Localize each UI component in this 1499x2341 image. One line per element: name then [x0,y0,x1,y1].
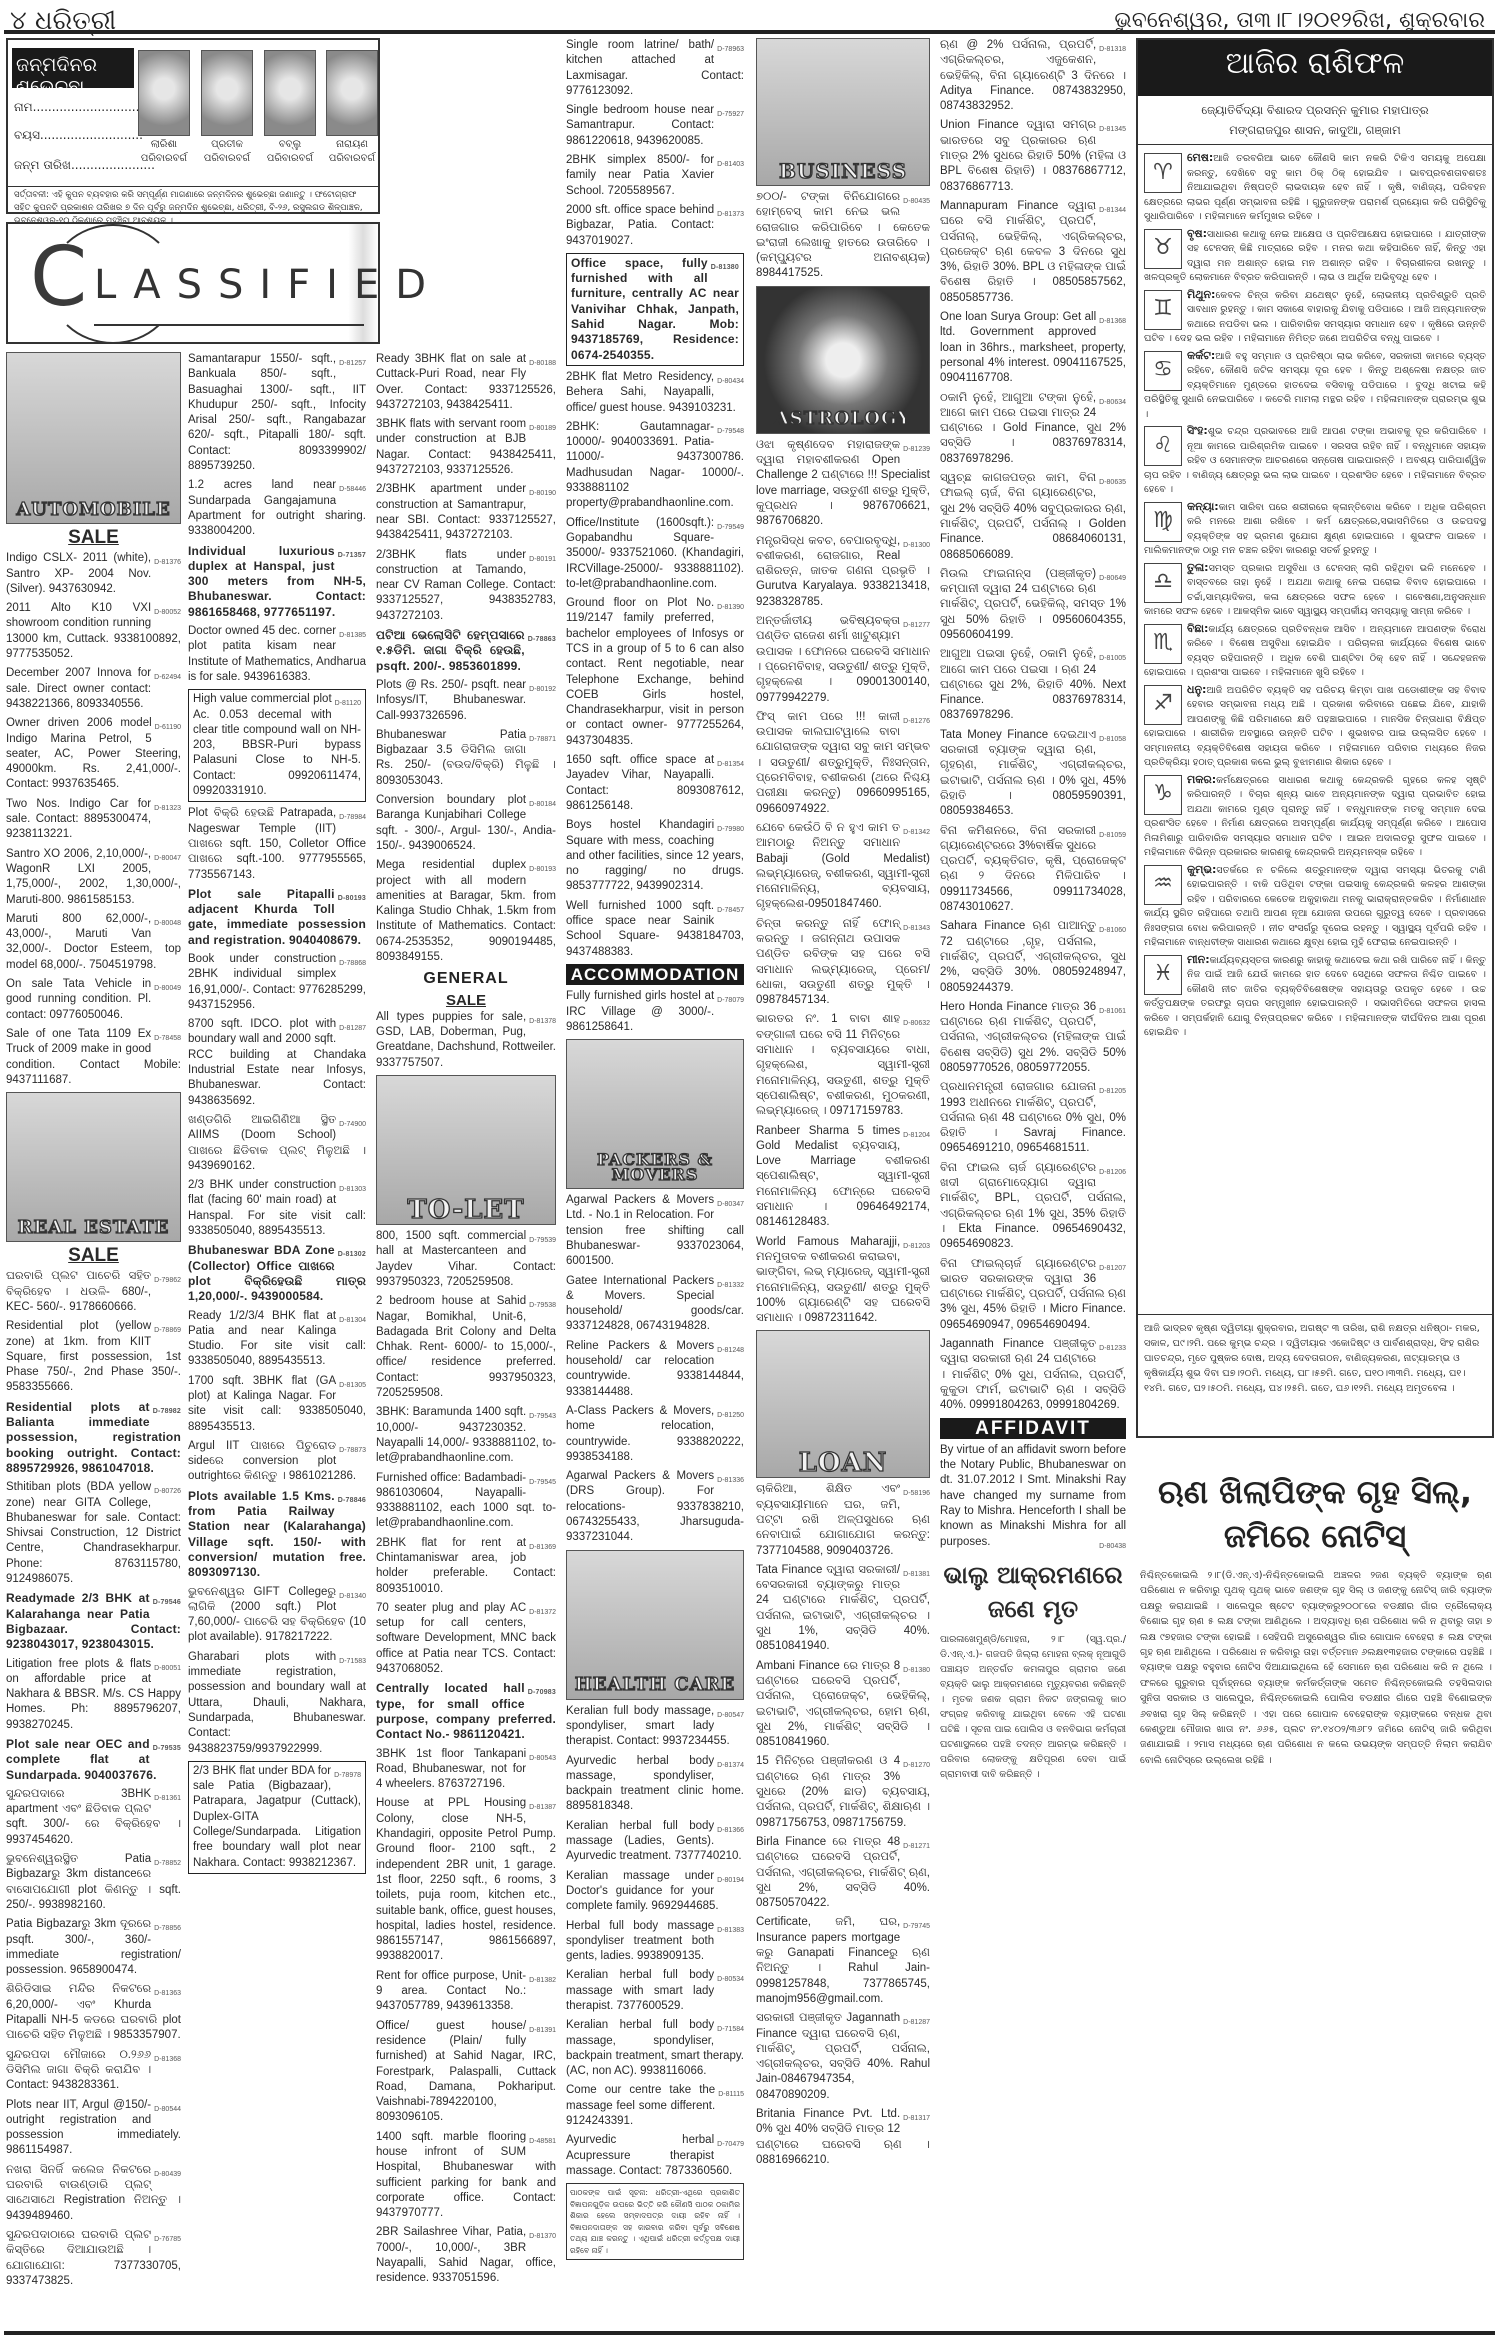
horoscope-sign: ♎ତୁଳା:ସମସ୍ତ ପ୍ରକାର ଅସୁବିଧା ଓ ଟେନସନ୍ ଲାଗି… [1144,561,1486,620]
health-care-label: HEALTH CARE [567,1677,743,1692]
ad-code: D-81277 [903,618,930,633]
bear-news-body: ପାରଳାଖେମୁଣ୍ଡି/ମୋହନା, ୨।୮ (ସ୍ୱ.ପ୍ର./ଡି.ଏନ… [940,1632,1126,1782]
classified-ad: D-80192Plots @ Rs. 250/- psqft. near Inf… [376,678,556,724]
ad-code: D-81391 [529,2023,556,2038]
ad-code: D-78978 [334,1768,361,1783]
packers-label: PACKERS & MOVERS [567,1152,743,1183]
ad-code: D-80534 [717,1972,744,1987]
horoscope-sign: ♌ସିଂହ:ଶୁଭ ଚନ୍ଦ୍ର ପ୍ରଭାବରେ ଆଜି ଆପଣ ଟଙ୍କା … [1144,424,1486,498]
ad-code: D-70983 [528,1685,556,1700]
classified-ad: D-80047Santro XO 2006, 2,10,000/-, Wagon… [6,847,181,908]
ad-code: D-81318 [1099,42,1126,57]
classified-ad: D-81345Union Finance ଦ୍ୱାରା ସମଗ୍ର ଭାରତରେ… [940,118,1126,194]
classified-ad: D-71357Individual luxurious duplex at Ha… [188,544,366,620]
ad-code: D-80049 [154,981,181,996]
ad-code: D-78963 [717,42,744,57]
ad-text: Rent for office purpose, Unit-9 area. Co… [376,1970,526,2013]
ad-text: One loan Surya Group: Get all ltd. Gover… [940,311,1126,384]
ad-text: ବିନା ଫାଇଲ ଚାର୍ଜ ଗ୍ୟାରେଣ୍ଟର ଖଦୀ ଗ୍ରାମୋଦ୍ୟ… [940,1162,1126,1250]
ad-code: D-70479 [717,2137,744,2152]
classified-ad: D-61190Owner driven 2006 model Indigo Ma… [6,716,181,792]
ad-code: D-48581 [529,2134,556,2149]
classified-ad: D-81239ଓଝା କୃଷ୍ଣଦେବ ମହାରାଜଙ୍କ ଦ୍ୱାରା ମହା… [756,438,930,530]
ad-text: ସ୍ୱଚ୍ଛ କାଗଜପତ୍ର କାମ, ବିନା ଫାଇଲ୍ ଚାର୍ଜ, ବ… [940,472,1126,560]
birthday-title: ଜନ୍ମଦିନର ଶୁଭେଚ୍ଛା [12,48,134,88]
classified-banner: C LASSIFIED [6,222,380,344]
classified-ad: D-81374Ayurvedic herbal body massage, sp… [566,1754,744,1815]
banner-underline [94,324,364,326]
sign-name: ମିଥୁନ: [1187,288,1215,301]
ad-text: Indigo CSLX- 2011 (white), Santro XP- 20… [6,552,151,595]
ad-code: D-81302 [338,1247,366,1262]
ad-code: D-81381 [903,1567,930,1582]
ad-text: Keralian herbal full body massage with s… [566,1969,714,2012]
ad-text: 3BHK 1st floor Tankapani Road, Bhubanesw… [376,1748,526,1791]
classified-ad: D-80544Plots near IIT, Argul @150/- outr… [6,2098,181,2159]
classified-ad: D-78863ପଟିଆ ଭେଲୋସିଟି ହେମ୍ପସାରେ ୧.୫ଡିମି. … [376,628,556,674]
sign-name: ଧନୁ: [1187,683,1206,696]
classified-ad: D-81342ଯେବେ କେଉଁଠି ବି ନ ହୁଏ କାମ ତ ଆମଠାରୁ… [756,821,930,913]
ad-code: D-81366 [717,1823,744,1838]
ad-code: D-81205 [1099,1084,1126,1099]
classified-ad: D-79980Boys hostel Khandagiri Square wit… [566,818,744,894]
ad-code: D-80193 [338,891,366,906]
classified-ad: D-81061Hero Honda Finance ମାତ୍ର 36 ଘଣ୍ଟା… [940,1000,1126,1076]
ad-code: D-78458 [154,1031,181,1046]
horoscope-sign: ♍କନ୍ୟା:କାମ ସାରିବା ପରେ ଶରୀରରେ କ୍ଳାନ୍ତିବୋଧ… [1144,500,1486,559]
sign-forecast: ଆଜି ଅପରିଚିତ ବ୍ୟକ୍ତି ସହ ପରିଚୟ କିମ୍ବା ପାଖ … [1144,685,1486,769]
horoscope-sign: ♐ଧନୁ:ଆଜି ଅପରିଚିତ ବ୍ୟକ୍ତି ସହ ପରିଚୟ କିମ୍ବା… [1144,683,1486,771]
ad-code: D-79545 [529,1475,556,1490]
classified-ad: D-801912/3BHK flats under construction a… [376,548,556,624]
ad-text: Union Finance ଦ୍ୱାରା ସମଗ୍ର ଭାରତରେ ସବୁ ପ୍… [940,119,1126,192]
classified-ad: D-81277ଅନ୍ତର୍ଜାତୀୟ ଭବିଷ୍ୟବକ୍ତା ପଣ୍ଡିତ ରା… [756,614,930,706]
horoscope-signs: ♈ମେଷ:ଆଜି ତରବରିଆ ଭାବେ କୌଣସି କାମ ନକରି ଟିକି… [1138,145,1492,1049]
ad-code: D-80649 [1099,571,1126,586]
general-heading: GENERAL [376,969,556,988]
classified-ad: D-813541650 sqft. office space at Jayade… [566,753,744,814]
classified-ad: D-80048Maruti 800 62,000/-, 43,000/-, Ma… [6,912,181,973]
to-let-label: TO-LET [377,1203,555,1218]
horoscope-sign: ♏ବିଛା:କାର୍ଯ୍ୟ କ୍ଷେତ୍ରରେ ପ୍ରତିବନ୍ଧକ ଆସିବ … [1144,622,1486,681]
ad-code: D-80193 [529,862,556,877]
ad-code: D-75927 [717,107,744,122]
automobile-image: AUTOMOBILE [6,352,181,524]
ad-code: D-81239 [903,442,930,457]
classified-ad: D-78457Well furnished 1000 sqft. office … [566,899,744,960]
ad-text: ସୁନ୍ଦରପଦା ମୌଜାରେ ୦.୨୬୬ ଡିସିମିଲ ଜାଗା ବିକ୍… [6,2049,151,2092]
ad-code: D-80347 [717,1197,744,1212]
classified-ad: D-75927Single bedroom house near Samantr… [566,103,744,149]
birthday-photo [138,50,190,136]
ad-code: D-78871 [529,732,556,747]
horoscope-panel: ଆଜିର ରାଶିଫଳ ଜ୍ୟୋତିର୍ବିଦ୍ୟା ବିଶାରଦ ପ୍ରସନ୍… [1136,38,1494,1438]
header-rule [4,30,1495,34]
horoscope-sign: ♑ମକର:କର୍ମକ୍ଷେତ୍ରରେ ସାଧାରଣ କଥାକୁ କେନ୍ଦ୍ରକ… [1144,773,1486,861]
classified-ad: D-78982Residential plots at Balianta imm… [6,1400,181,1476]
ad-code: D-80543 [529,1751,556,1766]
classified-ad: D-81368One loan Surya Group: Get all ltd… [940,310,1126,386]
ad-text: ମିଉଲ ଫାଇନାନ୍ସ (ପଞ୍ଜୀକୃତ) କମ୍ପାନୀ ଦ୍ୱାରା … [940,568,1126,641]
loan-news-body: ନିଶ୍ଚିନ୍ତକୋଇଲି ୨।୮(ଡି.ଏନ୍.ଏ)-ନିଶ୍ଚିନ୍ତକୋ… [1140,1568,1492,1768]
lion-icon: ♌ [1144,426,1182,466]
classified-ad: D-80193Plot sale Pitapalli adjacent Khur… [188,887,366,948]
ad-code: D-81372 [529,1605,556,1620]
health-care-image: HEALTH CARE [566,1550,744,1700]
ad-code: D-81304 [339,1313,366,1328]
ad-code: D-80190 [529,486,556,501]
classified-ad: D-8137270 seater plug and play AC setup … [376,1601,556,1677]
classified-ad: D-813732000 sft. office space behind Big… [566,203,744,249]
ad-code: D-81317 [903,2111,930,2126]
horoscope-sign: ♒କୁମ୍ଭ:ସତର୍କରେ ନ ଚଳିଲେ ଶତ୍ରୁମାନଙ୍କ ଦ୍ୱାର… [1144,863,1486,951]
ad-code: D-81204 [903,1128,930,1143]
ad-code: D-81287 [903,2015,930,2030]
ad-code: D-78873 [339,1443,366,1458]
sign-name: କୁମ୍ଭ: [1187,863,1216,876]
classified-ad: D-81382Rent for office purpose, Unit-9 a… [376,1969,556,2015]
sign-forecast: ସତର୍କରେ ନ ଚଳିଲେ ଶତ୍ରୁମାନଙ୍କ ଦ୍ୱାରା ସମସ୍ୟ… [1144,865,1486,949]
birthday-photo [326,50,378,136]
classified-ad: D-814032BHK simplex 8500/- for family ne… [566,153,744,199]
classified-ad: D-789782/3 BHK flat under BDA for sale P… [188,1761,366,1874]
classified-ad: D-81343ଚିନ୍ତା କରନ୍ତୁ ନାହିଁ ଫୋନ୍ କରନ୍ତୁ ।… [756,917,930,1009]
ad-code: D-81354 [717,757,744,772]
to-let-image: TO-LET [376,1075,556,1225]
ad-code: D-80435 [903,194,930,209]
ad-text: Keralian herbal full body massage (Ladie… [566,1820,742,1863]
ad-code: D-81250 [717,1408,744,1423]
ad-code: D-81373 [717,207,744,222]
sign-forecast: କର୍ମକ୍ଷେତ୍ରରେ ସାଧାରଣ କଥାକୁ କେନ୍ଦ୍ରକରି ଗୃ… [1144,775,1486,859]
ad-code: D-81340 [339,1589,366,1604]
classified-ad: D-80347Agarwal Packers & Movers Ltd. - N… [566,1193,744,1269]
classified-ad: D-80049On sale Tata Vehicle in good runn… [6,977,181,1023]
ad-text: Plot sale near OEC and complete flat at … [6,1737,157,1782]
classified-ad: D-76785ସୁନ୍ଦରପଦାଠାରେ ଘରବାରି ପ୍ଲଟ କିସ୍ତିର… [6,2228,181,2289]
ad-text: Keralian full body massage, spondyliser,… [566,1705,730,1748]
loan-label: LOAN [757,1456,929,1471]
ad-code: D-81058 [1099,732,1126,747]
ad-text: 2000 sft. office space behind Bigbazar, … [566,204,714,247]
ad-text: Tata Money Finance ଦେଇଥାଏ ସରକାରୀ ବ୍ୟାଙ୍କ… [940,729,1126,817]
ad-code: D-81061 [1099,1004,1126,1019]
classified-ad: D-801902/3BHK apartment under constructi… [376,482,556,543]
ad-code: D-81368 [1099,314,1126,329]
sign-name: ତୁଳା: [1187,561,1209,574]
ad-code: D-81343 [903,921,930,936]
ad-code: D-80192 [529,682,556,697]
classified-ad: D-81381Tata Finance ଦ୍ୱାରା ସରକାରୀ/ ବେସରକ… [756,1563,930,1655]
ad-code: D-58446 [339,482,366,497]
ad-code: D-81376 [154,555,181,570]
ad-code: D-79548 [717,424,744,439]
ad-code: D-78863 [528,632,556,647]
ad-code: D-79745 [903,1919,930,1934]
scorpion-icon: ♏ [1144,624,1182,664]
ad-text: Plots @ Rs. 250/- psqft. near Infosys/IT… [376,679,526,722]
ad-code: D-71583 [339,1654,366,1669]
classified-ad: D-81248Reline Packers & Movers household… [566,1339,744,1400]
sign-name: କର୍କଟ: [1187,349,1215,362]
classified-ad: D-81363ଶିରିଡିସାଇ ମନ୍ଦିର ନିକଟରେ 6,20,000/… [6,1982,181,2043]
classified-ad: D-80193Mega residential duplex project w… [376,858,556,965]
classified-ad: D-813032/3 BHK under construction flat (… [188,1178,366,1239]
ad-text: Hero Honda Finance ମାତ୍ର 36 ଘଣ୍ଟାରେ ଋଣ ମ… [940,1001,1126,1074]
classified-ad: D-81317Britania Finance Pvt. Ltd. 0% ସୁଧ… [756,2107,930,2168]
ad-text: ଋଣ @ 2% ପର୍ସନାଲ, ପ୍ରପର୍ଟି, ଏଗ୍ରିକଲ୍ଚର, ଏ… [940,39,1126,112]
column-accommodation: D-78963Single room latrine/ bath/ kitche… [566,38,744,2260]
ad-code: D-79980 [717,822,744,837]
classified-ad: D-80635ସ୍ୱଚ୍ଛ କାଗଜପତ୍ର କାମ, ବିନା ଫାଇଲ୍ ଚ… [940,471,1126,563]
automobile-label: AUTOMOBILE [7,502,180,517]
loan-image: LOAN [756,1330,930,1478]
classified-ad: D-81271Birla Finance ରେ ମାତ୍ର 48 ଘଣ୍ଟାରେ… [756,1835,930,1911]
ad-code: D-80048 [154,916,181,931]
ad-text: 2BHK simplex 8500/- for family near Pati… [566,154,714,197]
classified-ad: D-81344Mannapuram Finance ଦ୍ୱାରା ଘରେ ବସି… [940,199,1126,306]
sign-name: ସିଂହ: [1187,424,1208,437]
astrology-label: ASTROLOGY [757,411,929,426]
classified-ad: D-584461.2 acres land near Sundarpada Ga… [188,478,366,539]
ad-code: D-81233 [1099,1341,1126,1356]
ad-code: D-81363 [154,1986,181,2001]
ad-text: ଠକାମି ନୁହେଁ, ଆଗୁଆ ଟଙ୍କା ନୁହେଁ, ଆଗେ କାମ ପ… [940,392,1126,465]
ad-code: D-80184 [529,797,556,812]
ad-code: D-61190 [155,720,181,735]
ad-text: Herbal full body massage spondyliser tre… [566,1920,714,1963]
classified-ad: D-79545Furnished office: Badambadi-98610… [376,1471,556,1532]
ad-text: Fully furnished girls hostel at IRC Vill… [566,990,714,1033]
packers-image: PACKERS & MOVERS [566,1039,744,1189]
classified-ad: D-62494December 2007 Innova for sale. Di… [6,666,181,712]
classified-ad: D-70479Ayurvedic herbal Acupressure ther… [566,2133,744,2179]
ad-code: D-81361 [154,1791,181,1806]
classified-ad: D-71584Keralian herbal full body massage… [566,2018,744,2079]
classified-ad: D-78873Argul IIT ପାଖରେ ପିଚୁରୋଡ sideରେ co… [188,1439,366,1485]
ad-code: D-76785 [154,2232,181,2247]
ad-code: D-81257 [339,356,366,371]
ad-code: D-79535 [153,1741,181,1756]
ad-code: D-81387 [529,1800,556,1815]
classified-ad: D-79549Office/Institute (1600sqft.): Gop… [566,516,744,592]
classified-ad: D-80534Keralian herbal full body massage… [566,1968,744,2014]
classified-ad: D-795433BHK: Baramunda 1400 sqft. 10,000… [376,1405,556,1466]
real-estate-image: REAL ESTATE [6,1092,181,1242]
real-estate-label: REAL ESTATE [7,1220,180,1235]
ad-code: D-80189 [529,421,556,436]
classified-ad: D-81336Agarwal Packers & Movers (DRS Gro… [566,1469,744,1545]
water-bearer-icon: ♒ [1144,865,1182,905]
ad-code: D-81207 [1099,1261,1126,1276]
classified-ad: D-81361ସୁନ୍ଦରପଦାରେ 3BHK apartment ଏବଂ ଛି… [6,1787,181,1848]
sign-forecast: କାର୍ଯ୍ୟବ୍ୟସ୍ତତା କାରଣରୁ କାହାକୁ କଥାଦେଇ କଥା… [1144,955,1486,1039]
ad-code: D-81303 [339,1182,366,1197]
ad-code: D-81390 [717,600,744,615]
ad-text: ବିନା ଫାଇଲ୍‌ଚାର୍ଜ ଗ୍ୟାରେଣ୍ଟର ଭାରତ ସରକାରଙ୍… [940,1258,1126,1331]
ad-code: D-81305 [339,1378,366,1393]
ad-code: D-71357 [338,548,366,563]
ad-code: D-81383 [717,1923,744,1938]
ad-code: D-81203 [903,1239,930,1254]
ad-code: D-81342 [903,825,930,840]
ad-code: D-79862 [154,1273,181,1288]
ad-text: House at PPL Housing Colony, close NH-5,… [376,1797,556,1962]
classified-ad: D-80435୭୦୦/- ଟଙ୍କା ବିନିଯୋଗରେ ହୋମ୍‌ବେସ୍ କ… [756,190,930,282]
classified-ad: D-78871Bhubaneswar Patia Bigbazaar 3.5 ଡ… [376,728,556,789]
classified-ad: D-81005ଆଗୁଆ ପଇସା ନୁହେଁ, ଠକାମି ନୁହେଁ, ଆଗେ… [940,647,1126,723]
ad-code: D-81378 [529,1014,556,1029]
classified-ad: D-81368ସୁନ୍ଦରପଦା ମୌଜାରେ ୦.୨୬୬ ଡିସିମିଲ ଜା… [6,2048,181,2094]
classified-ad: D-80184Conversion boundary plot Baranga … [376,793,556,854]
ad-code: D-81287 [339,1021,366,1036]
classified-ad: D-81366Keralian herbal full body massage… [566,1819,744,1865]
ad-code: D-79538 [529,1298,556,1313]
horoscope-title: ଆଜିର ରାଶିଫଳ [1138,40,1492,96]
classified-ad: D-81059ବିନା କମିଶନରେ, ବିନା ସରକାରୀ ଗ୍ୟାରେଣ… [940,824,1126,916]
ad-code: D-81385 [339,628,366,643]
sale-heading: SALE [6,1248,181,1263]
column-automobile: AUTOMOBILE SALE D-81376Indigo CSLX- 2011… [6,352,181,2293]
ad-code: D-80634 [1099,395,1126,410]
classified-ad: D-78852ଭୁବନେଶ୍ୱରସ୍ଥିତ Patia Bigbazarରୁ 3… [6,1852,181,1913]
classified-ad: D-81300ମନ୍ତ୍ରସିଦ୍ଧ କବଚ, ବେପାରବୃଦ୍ଧି, ବଶୀ… [756,534,930,610]
ad-code: D-81403 [717,157,744,172]
classified-ad: D-80547Keralian full body massage, spond… [566,1704,744,1750]
ad-code: D-78846 [338,1493,366,1508]
ad-code: D-80191 [529,552,556,567]
classified-ad: D-81340ଭୁବନେଶ୍ୱର GIFT Collegeରୁ ଲାଗିକି (… [188,1585,366,1646]
ad-code: D-78856 [154,1921,181,1936]
ad-code: D-62494 [154,670,181,685]
ad-code: D-81380 [903,1663,930,1678]
birthday-photo [264,50,316,136]
ad-text: December 2007 Innova for sale. Direct ow… [6,667,151,710]
classified-ad: D-78856Patia Bigbazarରୁ 3km ଦୂରରେ psqft.… [6,1917,181,1978]
bear-news-headline: ଭାଲୁ ଆକ୍ରମଣରେ ଜଣେ ମୃତ [940,1558,1126,1626]
ad-code: D-80635 [1099,475,1126,490]
astrologer-byline: ଜ୍ୟୋତିର୍ବିଦ୍ୟା ବିଶାରଦ ପ୍ରସନ୍ନ କୁମାର ମହାପ… [1138,96,1492,145]
classified-ad: D-795382 bedroom house at Sahid Nagar, B… [376,1294,556,1401]
ad-code: D-81369 [529,1540,556,1555]
bull-icon: ♉ [1144,229,1182,269]
classified-ad: D-81332Gatee International Packers & Mov… [566,1274,744,1335]
ad-text: ପଟିଆ ଭେଲୋସିଟି ହେମ୍ପସାରେ ୧.୫ଡିମି. ଜାଗା ବି… [376,628,525,673]
ad-code: D-80726 [154,1484,181,1499]
classified-ad: D-813692BHK flat for rent at Chintamanis… [376,1536,556,1597]
ad-text: On sale Tata Vehicle in good running con… [6,978,151,1021]
ad-code: D-81332 [717,1278,744,1293]
ad-code: D-78852 [154,1856,181,1871]
classified-ad: D-80726Sthitiban plots (BDA yellow zone)… [6,1480,181,1587]
horoscope-sign: ♈ମେଷ:ଆଜି ତରବରିଆ ଭାବେ କୌଣସି କାମ ନକରି ଟିକି… [1144,151,1486,225]
classified-ad: D-79546Readymade 2/3 BHK at Kalarahanga … [6,1591,181,1652]
classified-ad: D-80194Keralian massage under Doctor's g… [566,1869,744,1915]
ad-code: D-79539 [529,1233,556,1248]
astrology-image: ASTROLOGY [756,286,930,434]
classified-ad: D-78963Single room latrine/ bath/ kitche… [566,38,744,99]
ad-code: D-81271 [903,1839,930,1854]
fish-icon: ♓ [1144,955,1182,995]
column-finance: D-81318ଋଣ @ 2% ପର୍ସନାଲ, ପ୍ରପର୍ଟି, ଏଗ୍ରିକ… [940,38,1126,1782]
ad-code: D-80439 [154,2167,181,2182]
ad-text: Mannapuram Finance ଦ୍ୱାରା ଘରେ ବସି ମାର୍କଶ… [940,200,1126,304]
ad-code: D-80632 [903,1016,930,1031]
ad-code: D-81276 [903,714,930,729]
birthday-coupon: ଜନ୍ମଦିନର ଶୁଭେଚ୍ଛା ନାମ...................… [6,38,380,214]
accommodation-heading: ACCOMMODATION [566,964,744,985]
classified-ad: D-81233Jagannath Finance ପଞ୍ଜୀକୃତ ଦ୍ୱାରା… [940,1337,1126,1413]
ad-code: D-81374 [717,1758,744,1773]
ad-code: D-78982 [153,1404,181,1419]
twins-icon: ♊ [1144,290,1182,330]
classified-ad: D-78846Plots available 1.5 Kms. from Pat… [188,1489,366,1581]
affidavit-heading: AFFIDAVIT [940,1418,1126,1439]
ad-code: D-81300 [903,538,930,553]
column-realestate-2: D-81257Samantarapur 1550/- sqft., Bankua… [188,352,366,1878]
classified-ad: D-78868Book under construction 2BHK indi… [188,952,366,1013]
ad-code: D-81120 [335,696,361,711]
ad-code: D-79543 [529,1409,556,1424]
ad-code: D-80047 [154,851,181,866]
ad-text: 2BHK flat Metro Residency, Behera Sahi, … [566,371,736,414]
classified-ad: D-81390Ground floor on Plot No. 119/2147… [566,596,744,749]
ad-code: D-81115 [718,2087,744,2102]
ad-text: Single bedroom house near Samantrapur. C… [566,104,714,147]
sign-name: ମେଷ: [1187,151,1213,164]
ad-text: Come our centre take the massage feel so… [566,2084,715,2127]
scales-icon: ♎ [1144,563,1182,603]
classified-ad: D-79535Plot sale near OEC and complete f… [6,1737,181,1783]
ad-code: D-81206 [1099,1165,1126,1180]
classified-ad: D-70983Centrally located hall type, for … [376,1681,556,1742]
ad-code: D-78079 [717,993,744,1008]
classified-ad: D-79745Certificate, ଜମି, ଘର, Insurance p… [756,1915,930,2007]
classified-ad: D-81391Office/ guest house/ residence (P… [376,2019,556,2126]
ad-code: D-78457 [717,903,744,918]
ad-text: Jagannath Finance ପଞ୍ଜୀକୃତ ଦ୍ୱାରା ସରକାରୀ… [940,1338,1126,1411]
classified-ad: D-81060Sahara Finance ଋଣ ପାଆନ୍ତୁ 72 ଘଣ୍ଟ… [940,919,1126,995]
ad-code: D-81345 [1099,122,1126,137]
ad-code: D-80547 [717,1708,744,1723]
column-business-astrology: BUSINESS D-80435୭୦୦/- ଟଙ୍କା ବିନିଯୋଗରେ ହୋ… [756,38,930,2172]
maiden-icon: ♍ [1144,502,1182,542]
ad-code: D-74900 [339,1117,366,1132]
classified-ad: D-81203World Famous Maharajji, ମନମୁତାବକ … [756,1235,930,1327]
classified-ad: D-81378All types puppies for sale, GSD, … [376,1010,556,1071]
ad-code: D-78869 [154,1323,181,1338]
crab-icon: ♋ [1144,351,1182,391]
classified-ad: D-78458Sale of one Tata 1109 Ex Truck of… [6,1027,181,1088]
classified-ad: D-81304Ready 1/2/3/4 BHK flat at Patia a… [188,1309,366,1370]
reader-notice: ପାଠକଙ୍କ ପାଇଁ ସୂଚନା: ଧରିତ୍ରୀ-ଏଥିରେ ପ୍ରକାଶ… [566,2183,744,2260]
classified-ad: D-81115Come our centre take the massage … [566,2083,744,2129]
classified-ad: D-81257Samantarapur 1550/- sqft., Bankua… [188,352,366,474]
classified-ad: D-79539800, 1500 sqft. commercial hall a… [376,1229,556,1290]
classified-ad: D-813051700 sqft. 3BHK flat (GA plot) at… [188,1374,366,1435]
ad-text: ଆଗୁଆ ପଇସା ନୁହେଁ, ଠକାମି ନୁହେଁ, ଆଗେ କାମ ପର… [940,648,1126,721]
affidavit-notice: By virtue of an affidavit sworn before t… [940,1443,1126,1550]
classified-ad: D-81058Tata Money Finance ଦେଇଥାଏ ସରକାରୀ … [940,728,1126,820]
business-image: BUSINESS [756,38,930,186]
ad-code: D-80434 [717,374,744,389]
classified-ad: D-74900ଖଣ୍ଡଗିରି ଆଇଗିଣିଆ ସ୍ଥିତ AIIMS (Doo… [188,1113,366,1174]
ad-code: D-80052 [154,605,181,620]
ad-code: D-81382 [529,1973,556,1988]
ad-code: D-80188 [529,356,556,371]
classified-ad: D-78079Fully furnished girls hostel at I… [566,989,744,1035]
ad-code: D-78984 [339,810,366,825]
